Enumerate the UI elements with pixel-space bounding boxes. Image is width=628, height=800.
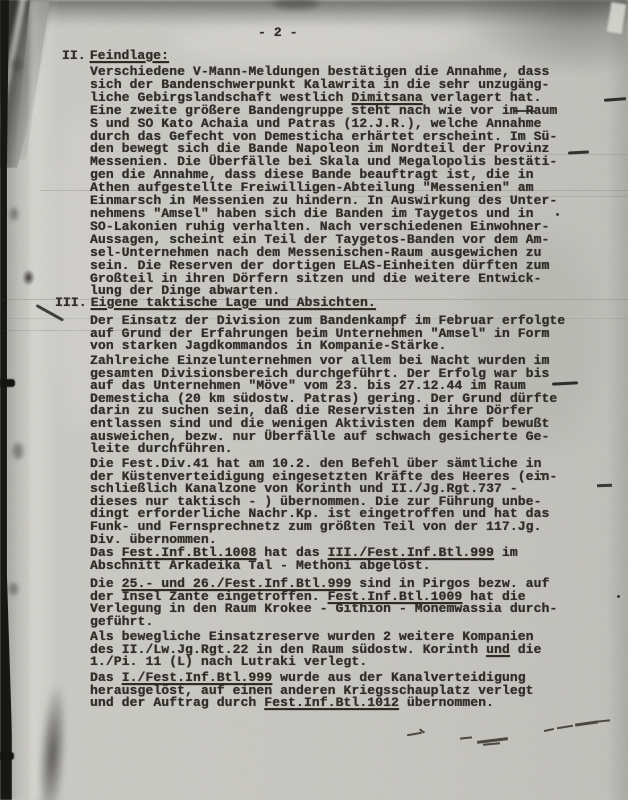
section-ii-title: Feindlage:	[90, 48, 169, 63]
pencil-scribble-arrowhead	[419, 728, 425, 733]
section-iii-title: Eigene taktische Lage und Absichten.	[91, 295, 376, 310]
pencil-scribble-arrow	[407, 732, 422, 737]
pencil-scribble-dash-1	[460, 736, 472, 739]
left-edge-tick-2	[0, 752, 14, 760]
page-number: - 2 -	[258, 27, 298, 40]
pencil-scribble-mark-3	[575, 720, 598, 726]
section-iii-paragraph-2: Zahlreiche Einzelunternehmen vor allem b…	[90, 355, 557, 456]
top-left-crease-highlight	[0, 0, 27, 164]
top-center-smudge	[273, 0, 319, 9]
section-iii-paragraph-5: Die 25.- und 26./Fest.Inf.Btl.999 sind i…	[90, 578, 557, 628]
left-edge-dark-zone	[6, 0, 30, 800]
section-ii-paragraph-1: Verschiedene V-Mann-Meldungen bestätigen…	[90, 66, 557, 298]
left-edge-spot-1	[12, 58, 22, 72]
pencil-scribble-mark-2	[557, 725, 573, 729]
pencil-scribble-squiggle-2	[483, 742, 500, 745]
left-edge-spot-4	[9, 583, 18, 595]
margin-dot-right-2	[617, 595, 620, 598]
left-edge-spot-3	[13, 443, 23, 459]
section-iii-paragraph-1: Der Einsatz der Division zum Bandenkampf…	[90, 315, 565, 353]
section-ii-numeral: II.	[62, 48, 86, 63]
pencil-scribble-mark-1	[544, 728, 554, 732]
section-iii-paragraph-6: Als bewegliche Einsatzreserve wurden 2 w…	[90, 631, 542, 669]
margin-dash-top-right	[604, 97, 626, 101]
margin-dash-right-3	[597, 484, 612, 487]
left-edge-tick-1	[0, 379, 15, 387]
left-black-scan-strip	[0, 0, 12, 800]
top-left-gray-wedge	[6, 0, 50, 160]
scanned-document-page: - 2 - II.Feindlage: Verschiedene V-Mann-…	[0, 0, 628, 800]
bottom-left-smudge	[36, 681, 71, 800]
section-ii-heading: II.Feindlage:	[62, 50, 169, 63]
margin-hole-spot	[22, 269, 35, 286]
pencil-scribble-mark-4	[597, 719, 610, 722]
top-right-dark-wash	[468, 0, 628, 72]
right-edge-shade	[606, 0, 628, 800]
margin-dash-right-1	[568, 150, 589, 154]
top-scan-band	[0, 0, 628, 27]
section-iii-paragraph-4: Das Fest.Inf.Btl.1008 hat das III./Fest.…	[90, 547, 518, 572]
section-iii-heading: III.Eigene taktische Lage und Absichten.	[55, 297, 376, 310]
section-iii-paragraph-3: Die Fest.Div.41 hat am 10.2. den Befehl …	[90, 458, 557, 546]
left-inner-highlight	[30, 0, 60, 800]
section-iii-paragraph-7: Das I./Fest.Inf.Btl.999 wurde aus der Ka…	[90, 672, 534, 710]
top-left-corner-shadow	[0, 0, 58, 168]
section-iii-numeral: III.	[55, 295, 87, 310]
paper-mottle-light-top	[170, 20, 470, 64]
top-right-white-sliver	[607, 2, 627, 34]
left-edge-spot-2	[10, 208, 18, 220]
pencil-scribble-squiggle-1	[477, 737, 508, 743]
